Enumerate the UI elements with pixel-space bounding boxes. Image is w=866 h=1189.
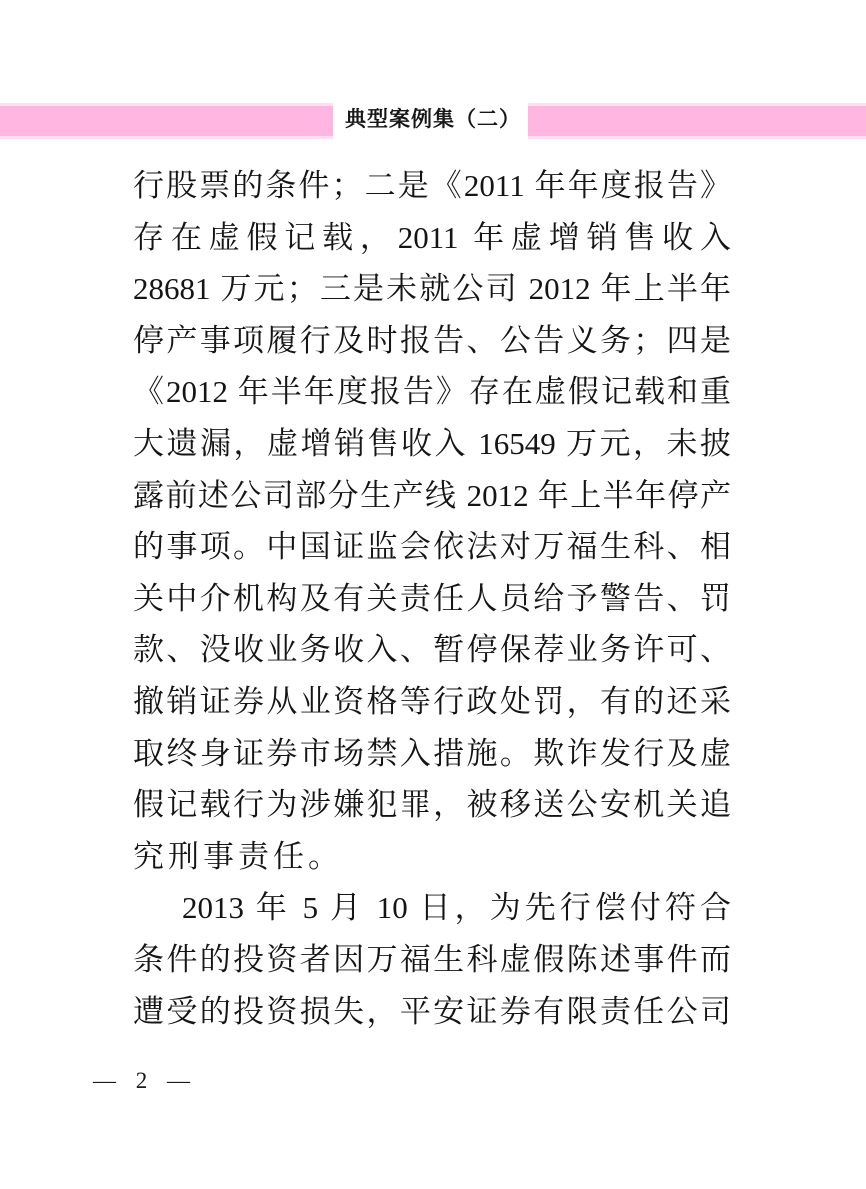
text-line: 取终身证券市场禁入措施。欺诈发行及虚 xyxy=(133,728,731,780)
text-line: 停产事项履行及时报告、公告义务；四是 xyxy=(133,315,731,367)
document-page: 典型案例集（二） 行股票的条件；二是《2011 年年度报告》 存在虚假记载，20… xyxy=(0,0,866,1189)
text-line: 2013 年 5 月 10 日，为先行偿付符合 xyxy=(133,882,731,934)
text-line: 存在虚假记载，2011 年虚增销售收入 xyxy=(133,212,731,264)
text-line: 《2012 年半年度报告》存在虚假记载和重 xyxy=(133,366,731,418)
text-line: 遭受的投资损失，平安证券有限责任公司 xyxy=(133,986,731,1038)
text-line: 大遗漏，虚增销售收入 16549 万元，未披 xyxy=(133,418,731,470)
text-line: 露前述公司部分生产线 2012 年上半年停产 xyxy=(133,470,731,522)
text-line: 行股票的条件；二是《2011 年年度报告》 xyxy=(133,160,731,212)
body-text: 行股票的条件；二是《2011 年年度报告》 存在虚假记载，2011 年虚增销售收… xyxy=(133,160,731,1037)
text-line: 撤销证券从业资格等行政处罚，有的还采 xyxy=(133,676,731,728)
text-line: 究刑事责任。 xyxy=(133,831,731,883)
text-line: 的事项。中国证监会依法对万福生科、相 xyxy=(133,521,731,573)
text-line: 条件的投资者因万福生科虚假陈述事件而 xyxy=(133,934,731,986)
paragraph: 行股票的条件；二是《2011 年年度报告》 存在虚假记载，2011 年虚增销售收… xyxy=(133,160,731,882)
text-line: 关中介机构及有关责任人员给予警告、罚 xyxy=(133,573,731,625)
text-line: 28681 万元；三是未就公司 2012 年上半年 xyxy=(133,263,731,315)
running-head: 典型案例集（二） xyxy=(0,0,866,150)
text-line: 假记载行为涉嫌犯罪，被移送公安机关追 xyxy=(133,779,731,831)
page-number: — 2 — xyxy=(93,1068,197,1094)
text-line: 款、没收业务收入、暂停保荐业务许可、 xyxy=(133,624,731,676)
paragraph: 2013 年 5 月 10 日，为先行偿付符合 条件的投资者因万福生科虚假陈述事… xyxy=(133,882,731,1037)
running-head-title: 典型案例集（二） xyxy=(0,103,866,137)
